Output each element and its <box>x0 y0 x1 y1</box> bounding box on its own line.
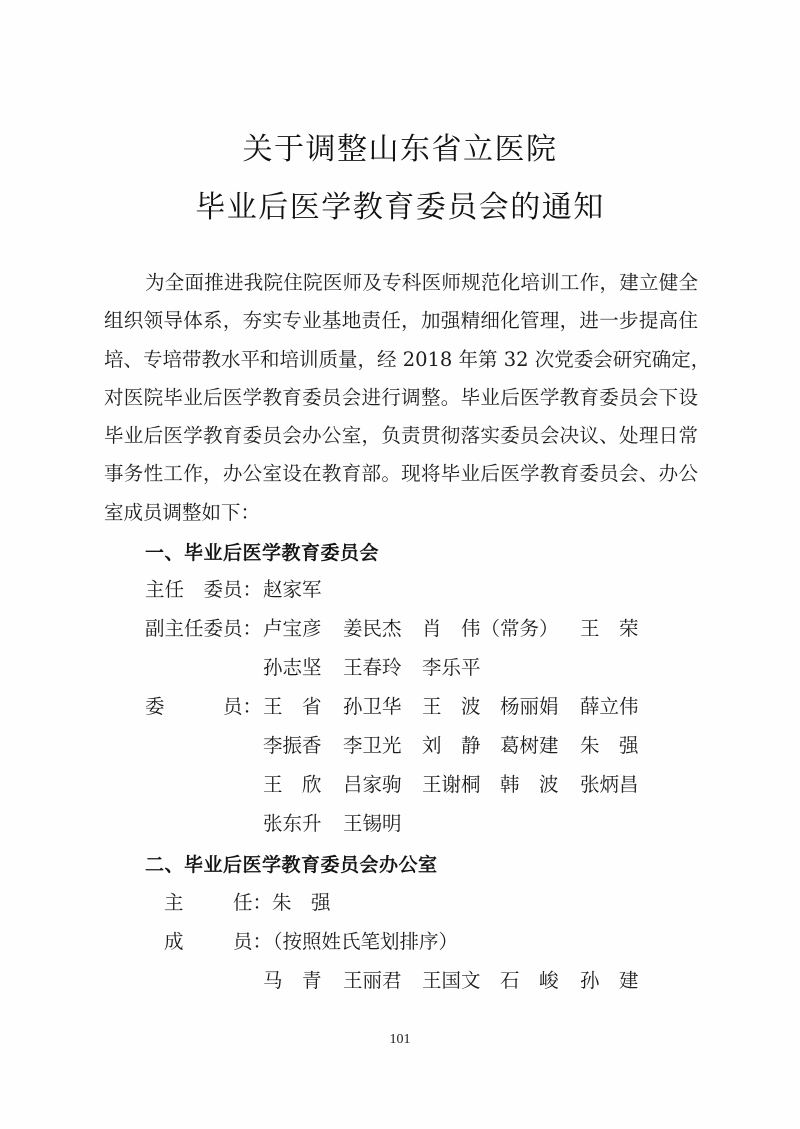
office-member-name: 石 峻 <box>500 962 559 1000</box>
office-members-row: 成 员： （按照姓氏笔划排序） <box>0 923 800 961</box>
office-member-name: 王国文 <box>422 962 481 1000</box>
committee-deputy-row-2: 孙志坚 王春玲 李乐平 <box>0 649 800 687</box>
page-number: 101 <box>0 1032 800 1048</box>
committee-director-row: 主任 委员： 赵家军 <box>0 571 800 609</box>
deputy-name: 姜民杰 <box>343 610 402 648</box>
member-name: 王 欣 <box>263 766 322 804</box>
committee-deputy-label: 副主任委员： <box>145 610 262 648</box>
member-name: 王锡明 <box>343 805 402 843</box>
member-name: 刘 静 <box>422 727 481 765</box>
deputy-name: 王 荣 <box>580 610 639 648</box>
member-name: 薛立伟 <box>580 688 639 726</box>
member-name: 孙卫华 <box>343 688 402 726</box>
section-heading-committee: 一、毕业后医学教育委员会 <box>145 538 379 568</box>
office-director-label-b: 任： <box>233 884 272 922</box>
member-name: 李振香 <box>263 727 322 765</box>
member-name: 张炳昌 <box>580 766 639 804</box>
committee-members-row-2: 李振香 李卫光 刘 静 葛树建 朱 强 <box>0 727 800 765</box>
office-members-names-row: 马 青 王丽君 王国文 石 峻 孙 建 <box>0 962 800 1000</box>
body-paragraph: 为全面推进我院住院医师及专科医师规范化培训工作，建立健全 组织领导体系，夯实专业… <box>104 264 698 532</box>
office-member-name: 马 青 <box>263 962 322 1000</box>
member-name: 王谢桐 <box>422 766 481 804</box>
section-heading-office: 二、毕业后医学教育委员会办公室 <box>145 850 438 880</box>
member-name: 吕家驹 <box>343 766 402 804</box>
member-name: 杨丽娟 <box>500 688 559 726</box>
deputy-name: 卢宝彦 <box>263 610 322 648</box>
body-line: 培、专培带教水平和培训质量，经 2018 年第 32 次党委会研究确定， <box>104 341 698 379</box>
body-line: 组织领导体系，夯实专业基地责任，加强精细化管理，进一步提高住 <box>104 302 698 340</box>
office-director-row: 主 任： 朱 强 <box>0 884 800 922</box>
committee-members-row-1: 委 员： 王 省 孙卫华 王 波 杨丽娟 薛立伟 <box>0 688 800 726</box>
committee-members-row-3: 王 欣 吕家驹 王谢桐 韩 波 张炳昌 <box>0 766 800 804</box>
document-title-line-2: 毕业后医学教育委员会的通知 <box>0 188 800 228</box>
deputy-name: 肖 伟（常务） <box>422 610 559 648</box>
member-name: 张东升 <box>263 805 322 843</box>
deputy-name: 孙志坚 <box>263 649 322 687</box>
office-members-label-a: 成 <box>164 923 184 961</box>
office-member-name: 王丽君 <box>343 962 402 1000</box>
committee-deputy-row: 副主任委员： 卢宝彦 姜民杰 肖 伟（常务） 王 荣 <box>0 610 800 648</box>
committee-director-label: 主任 委员： <box>145 571 262 609</box>
deputy-name: 王春玲 <box>343 649 402 687</box>
office-director-label-a: 主 <box>164 884 184 922</box>
member-name: 韩 波 <box>500 766 559 804</box>
deputy-name: 李乐平 <box>422 649 481 687</box>
office-director-name: 朱 强 <box>272 884 331 922</box>
member-name: 葛树建 <box>500 727 559 765</box>
body-line: 室成员调整如下： <box>104 494 698 532</box>
committee-director-name: 赵家军 <box>263 571 322 609</box>
committee-members-label-a: 委 <box>145 688 165 726</box>
committee-members-row-4: 张东升 王锡明 <box>0 805 800 843</box>
office-member-name: 孙 建 <box>580 962 639 1000</box>
member-name: 朱 强 <box>580 727 639 765</box>
body-line: 事务性工作，办公室设在教育部。现将毕业后医学教育委员会、办公 <box>104 455 698 493</box>
body-line: 为全面推进我院住院医师及专科医师规范化培训工作，建立健全 <box>104 264 698 302</box>
member-name: 王 省 <box>263 688 322 726</box>
member-name: 李卫光 <box>343 727 402 765</box>
office-members-note: （按照姓氏笔划排序） <box>263 923 458 961</box>
document-page: 关于调整山东省立医院 毕业后医学教育委员会的通知 为全面推进我院住院医师及专科医… <box>0 0 800 1129</box>
body-line: 对医院毕业后医学教育委员会进行调整。毕业后医学教育委员会下设 <box>104 379 698 417</box>
committee-members-label-b: 员： <box>223 688 262 726</box>
body-line: 毕业后医学教育委员会办公室，负责贯彻落实委员会决议、处理日常 <box>104 417 698 455</box>
document-title-line-1: 关于调整山东省立医院 <box>0 130 800 170</box>
member-name: 王 波 <box>422 688 481 726</box>
